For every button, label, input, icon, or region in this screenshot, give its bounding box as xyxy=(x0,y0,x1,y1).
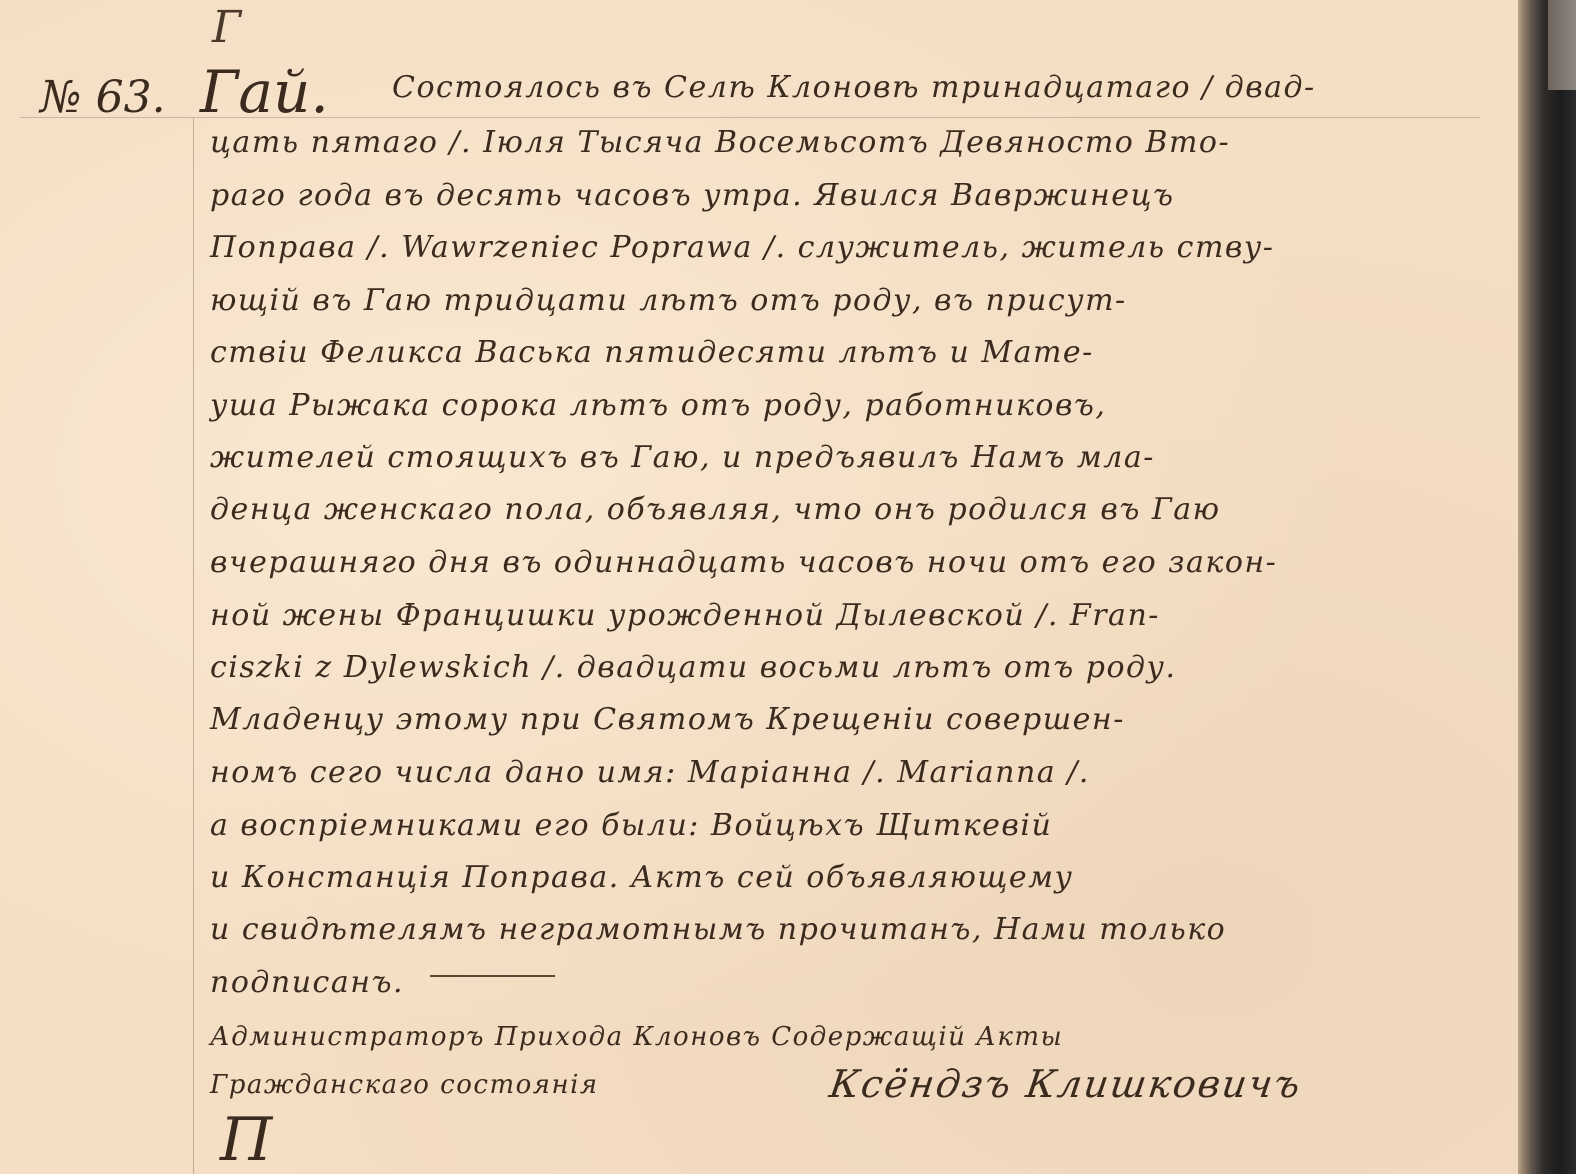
record-line-13: Младенцу этому при Святомъ Крещеніи сове… xyxy=(210,702,1125,737)
book-binding-gutter xyxy=(1518,0,1576,1174)
place-heading: Гай. xyxy=(200,58,329,126)
record-line-1: Состоялось въ Селѣ Клоновѣ тринадцатаго … xyxy=(392,70,1316,105)
record-line-7: уша Рыжака сорока лѣтъ отъ роду, работни… xyxy=(210,388,1106,423)
margin-rule xyxy=(193,118,194,1174)
signature-line-1: Администраторъ Прихода Клоновъ Содержащі… xyxy=(210,1022,1063,1052)
record-line-3: раго года въ десять часовъ утра. Явился … xyxy=(210,178,1174,213)
closing-dash xyxy=(430,975,555,977)
registry-page: № 63. Г Гай. Состоялось въ Селѣ Клоновѣ … xyxy=(0,0,1518,1174)
record-line-10: вчерашняго дня въ одиннадцать часовъ ноч… xyxy=(210,545,1277,580)
record-line-4: Поправа /. Wawrzeniec Poprawa /. служите… xyxy=(210,230,1274,265)
entry-number: № 63. xyxy=(40,72,166,123)
record-line-14: номъ сего числа дано имя: Маріанна /. Ma… xyxy=(210,755,1090,790)
record-line-2: цать пятаго /. Іюля Тысяча Восемьсотъ Де… xyxy=(210,125,1230,160)
signature-line-2: Гражданскаго состоянія xyxy=(210,1070,599,1100)
record-line-11: ной жены Францишки урожденной Дылевской … xyxy=(210,598,1160,633)
record-line-16: и Констанція Поправа. Актъ сей объявляющ… xyxy=(210,860,1073,895)
record-line-15: а воспріемниками его были: Войцѣхъ Щитке… xyxy=(210,808,1052,843)
record-line-6: ствіи Феликса Васька пятидесяти лѣтъ и М… xyxy=(210,335,1094,370)
record-line-5: ющій въ Гаю тридцати лѣтъ отъ роду, въ п… xyxy=(210,283,1127,318)
binding-edge xyxy=(1548,0,1576,90)
record-line-12: ciszki z Dylewskich /. двадцати восьми л… xyxy=(210,650,1176,685)
record-line-8: жителей стоящихъ въ Гаю, и предъявилъ На… xyxy=(210,440,1155,475)
priest-signature: Ксёндзъ Клишковичъ xyxy=(827,1062,1305,1106)
record-line-9: денца женскаго пола, объявляя, что онъ р… xyxy=(210,492,1221,527)
record-line-17: и свидѣтелямъ неграмотнымъ прочитанъ, На… xyxy=(210,912,1226,947)
next-entry-start: П xyxy=(220,1105,272,1174)
place-correction-mark: Г xyxy=(212,2,241,53)
record-line-18: подписанъ. xyxy=(210,965,404,1000)
